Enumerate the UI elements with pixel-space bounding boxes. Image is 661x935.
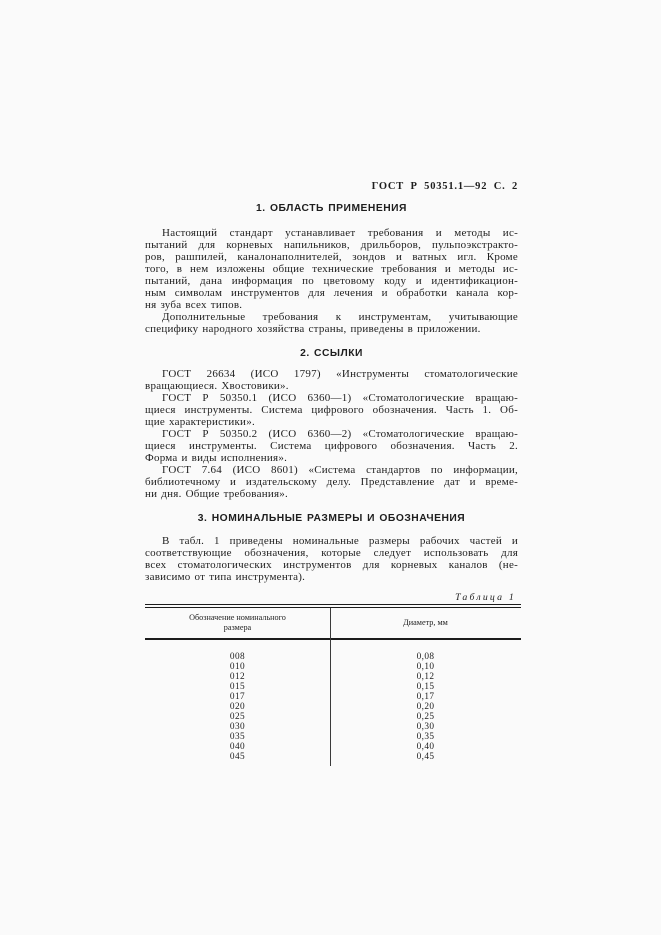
text-line: ГОСТ 26634 (ИСО 1797) «Инструменты стома…	[145, 368, 518, 380]
paragraph: В табл. 1 приведены номинальные размеры …	[145, 535, 518, 583]
text-line: ГОСТ Р 50350.1 (ИСО 6360—1) «Стоматологи…	[145, 392, 518, 404]
text-line: пытаний, дана информация по цветовому ко…	[145, 275, 518, 287]
text-line: ня зуба всех типов.	[145, 299, 518, 311]
section-2-heading: 2. ССЫЛКИ	[145, 348, 518, 360]
paragraph-reference: ГОСТ Р 50350.1 (ИСО 6360—1) «Стоматологи…	[145, 392, 518, 428]
section-1-heading: 1. ОБЛАСТЬ ПРИМЕНЕНИЯ	[145, 203, 518, 215]
table-row: 0150,15	[145, 682, 521, 692]
page-header: ГОСТ Р 50351.1—92 С. 2	[145, 181, 518, 193]
size-code-cell: 015	[145, 682, 330, 692]
size-code-cell: 010	[145, 662, 330, 672]
text-line: соответствующие обозначения, которые сле…	[145, 547, 518, 559]
size-code-cell: 030	[145, 722, 330, 732]
size-code-cell: 025	[145, 712, 330, 722]
diameter-cell: 0,15	[330, 682, 521, 692]
diameter-cell: 0,25	[330, 712, 521, 722]
text-line: ров, рашпилей, каналонаполнителей, зондо…	[145, 251, 518, 263]
text-line: всех стоматологических инструментов для …	[145, 559, 518, 571]
table-body: 0080,080100,100120,120150,150170,170200,…	[145, 640, 521, 766]
table-row: 0120,12	[145, 672, 521, 682]
diameter-cell: 0,08	[330, 652, 521, 662]
text-line: зависимо от типа инструмента).	[145, 571, 518, 583]
text-line: специфику народного хозяйства страны, пр…	[145, 323, 518, 335]
table-row: 0450,45	[145, 752, 521, 762]
document-page: ГОСТ Р 50351.1—92 С. 2 1. ОБЛАСТЬ ПРИМЕН…	[0, 0, 661, 935]
column-header-diameter: Диаметр, мм	[330, 618, 521, 628]
table-row: 0080,08	[145, 652, 521, 662]
page-content: ГОСТ Р 50351.1—92 С. 2 1. ОБЛАСТЬ ПРИМЕН…	[145, 181, 518, 766]
diameter-cell: 0,30	[330, 722, 521, 732]
table-row: 0170,17	[145, 692, 521, 702]
table-caption: Таблица 1	[145, 592, 518, 604]
diameter-cell: 0,20	[330, 702, 521, 712]
text-line: вращающиеся. Хвостовики».	[145, 380, 518, 392]
table-row: 0250,25	[145, 712, 521, 722]
table-row: 0200,20	[145, 702, 521, 712]
diameter-cell: 0,35	[330, 732, 521, 742]
size-code-cell: 008	[145, 652, 330, 662]
size-table: Обозначение номинального размера Диаметр…	[145, 604, 521, 766]
text-line: библиотечному и издательскому делу. Пред…	[145, 476, 518, 488]
text-line: Дополнительные требования к инструментам…	[145, 311, 518, 323]
size-code-cell: 035	[145, 732, 330, 742]
size-code-cell: 012	[145, 672, 330, 682]
diameter-cell: 0,40	[330, 742, 521, 752]
text-line: Настоящий стандарт устанавливает требова…	[145, 227, 518, 239]
table-row: 0350,35	[145, 732, 521, 742]
text-line: щиеся инструменты. Система цифрового обо…	[145, 404, 518, 416]
text-line: В табл. 1 приведены номинальные размеры …	[145, 535, 518, 547]
table-column-divider	[330, 608, 331, 766]
text-line: того, в нем изложены общие технические т…	[145, 263, 518, 275]
section-3-heading: 3. НОМИНАЛЬНЫЕ РАЗМЕРЫ И ОБОЗНАЧЕНИЯ	[145, 513, 518, 525]
text-line: ни дня. Общие требования».	[145, 488, 518, 500]
column-header-size: Обозначение номинального размера	[145, 613, 330, 632]
diameter-cell: 0,12	[330, 672, 521, 682]
text-line: щие характеристики».	[145, 416, 518, 428]
table-row: 0100,10	[145, 662, 521, 672]
text-line: ным символам инструментов для лечения и …	[145, 287, 518, 299]
paragraph-reference: ГОСТ 7.64 (ИСО 8601) «Система стандартов…	[145, 464, 518, 500]
size-code-cell: 020	[145, 702, 330, 712]
text-line: щиеся инструменты. Система цифрового обо…	[145, 440, 518, 452]
table-row: 0300,30	[145, 722, 521, 732]
diameter-cell: 0,45	[330, 752, 521, 762]
table-header-row: Обозначение номинального размера Диаметр…	[145, 608, 521, 640]
size-code-cell: 045	[145, 752, 330, 762]
paragraph: Дополнительные требования к инструментам…	[145, 311, 518, 335]
text-line: ГОСТ 7.64 (ИСО 8601) «Система стандартов…	[145, 464, 518, 476]
text-line: пытаний для корневых напильников, дрильб…	[145, 239, 518, 251]
paragraph-reference: ГОСТ Р 50350.2 (ИСО 6360—2) «Стоматологи…	[145, 428, 518, 464]
paragraph-reference: ГОСТ 26634 (ИСО 1797) «Инструменты стома…	[145, 368, 518, 392]
size-code-cell: 040	[145, 742, 330, 752]
diameter-cell: 0,17	[330, 692, 521, 702]
paragraph: Настоящий стандарт устанавливает требова…	[145, 227, 518, 311]
text-line: ГОСТ Р 50350.2 (ИСО 6360—2) «Стоматологи…	[145, 428, 518, 440]
diameter-cell: 0,10	[330, 662, 521, 672]
table-row: 0400,40	[145, 742, 521, 752]
size-code-cell: 017	[145, 692, 330, 702]
text-line: Форма и виды исполнения».	[145, 452, 518, 464]
